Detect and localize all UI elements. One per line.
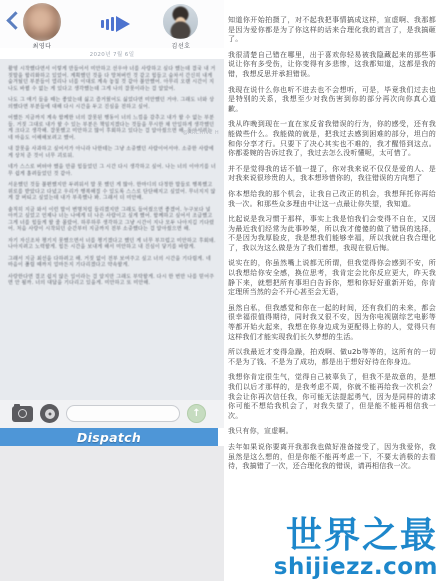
article-image: 최영다 김선호 2020년 7월 6일 촬영 시작했다면서 이렇게 만들어서 미…	[0, 0, 440, 581]
chat-message-body: 촬영 시작했다면서 이렇게 만들어서 미안하고 선우야 너를 사랑하고 싶다 했…	[0, 59, 224, 400]
paragraph: 我从昨晚到现在一直在家反省我错误的行为，你的感受，还有我能做些什么。我能做的就是…	[228, 120, 436, 158]
emoji-icon[interactable]	[40, 404, 59, 423]
archive-watermark: @ARCHIVE H	[183, 130, 219, 136]
recipient-name: 김선호	[150, 41, 212, 50]
paragraph: 我现在说什么你也听不进去也不会想听，可是，毕竟我们过去也是特别的关系，我想至少对…	[228, 86, 436, 115]
portrait-image	[163, 4, 198, 39]
arrow-right-icon	[101, 16, 130, 32]
paragraph: 서운했던 것들 불편했지만 두려워서 말 못 했던 게 많아. 한마디의 다정한…	[8, 182, 216, 202]
paragraph: 내 잘못을 사과하고 싶어서가 아니라 나한테는 그냥 소중했던 사람이어서야.…	[8, 146, 216, 159]
sender-name: 최영다	[12, 41, 72, 50]
paragraph: 去年如果说你要离开我那我也做好准备接受了，因为我爱你，我虽然是这么想的，但是你能…	[228, 443, 436, 472]
paragraph: 并不是觉得我的话不值一提了，你对我来说不仅仅是爱的人、是对我来说很珍贵的人，我本…	[228, 165, 436, 184]
chat-date: 2020년 7월 6일	[0, 50, 224, 58]
avatar-recipient[interactable]	[163, 4, 198, 39]
paragraph: 我很清楚自己错在哪里，出于喜欢你轻易被我隐藏起来的那些事说让你有多受伤，让你变得…	[228, 51, 436, 80]
chat-screenshot-pane: 최영다 김선호 2020년 7월 6일 촬영 시작했다면서 이렇게 만들어서 미…	[0, 0, 224, 581]
paragraph: 你本想给我的那个机会，让我自己改正的机会，我想拜托你再给我一次。和那些众多理由中…	[228, 190, 436, 209]
paragraph: 사랑한다면 결코 쉽지 않은 일이라는 걸 알지만 그래도 부탁할게. 다시 한…	[8, 274, 216, 287]
paragraph: 자기 자신조차 챙기지 못했으면서 너를 챙기겠다고 했던 게 너무 부끄럽고 …	[8, 238, 216, 251]
translation-text-pane: 知道你开始拍摄了，对不起我把事情搞成这样，宣虚啊、我那都是因为爱你都是为了你这样…	[228, 0, 436, 581]
dispatch-banner: Dispatch	[0, 428, 218, 446]
message-input[interactable]	[66, 405, 180, 422]
camera-icon[interactable]	[12, 406, 33, 422]
paragraph: 虽然自私，但我感觉和你在一起的时间，还有我们的未来，都会很幸福很值得期待，同时我…	[228, 304, 436, 342]
paragraph: 솔직히 지금 와서 이런 말이 변명처럼 들리겠지만 그래도 들어줬으면 좋겠어…	[8, 207, 216, 233]
paragraph: 촬영 시작했다면서 이렇게 만들어서 미안하고 선우야 너를 사랑하고 싶다 했…	[8, 66, 216, 92]
back-chevron-icon[interactable]	[6, 11, 24, 29]
bottom-gray-area	[0, 446, 224, 581]
paragraph: 说实在的，你虽然嘴上说都无所谓，但我觉得你会感到不安，所以我想给你安全感，换位思…	[228, 259, 436, 297]
paragraph: 比起说是我习惯于那样，事实上我是怕我们会变得不自在，又因为最近我们经常为此事吵架…	[228, 215, 436, 253]
paragraph: 我只有你，宣虚啊。	[228, 427, 436, 437]
paragraph: 知道你开始拍摄了，对不起我把事情搞成这样，宣虚啊、我那都是因为爱你都是为了你这样…	[228, 16, 436, 45]
paragraph: 네가 스스로 버텨야 했을 만큼 힘들었던 그 시간 다시 생각하고 싶어. 나…	[8, 164, 216, 177]
dispatch-logo: Dispatch	[77, 430, 141, 445]
chat-header: 최영다 김선호	[0, 0, 224, 48]
blurred-face-image	[23, 3, 61, 41]
paragraph: 그래서 지금 최선을 다하려고 해. 거짓 없이 전부 보여주고 싶고 너의 시…	[8, 256, 216, 269]
chat-toolbar: ↑	[0, 400, 224, 428]
avatar-sender[interactable]	[23, 3, 61, 41]
paragraph: 어쨌든 지금까지 계속 함께한 너의 잘못된 행동이 너의 느낌을 감추고 내가…	[8, 115, 216, 141]
paragraph: 所以我最近才变得急躁，拍戏啊、做u2b等等的，这所有的一切不是为了钱、不是为了成…	[228, 348, 436, 367]
paragraph: 我想你肯定很生气，觉得自己被辜负了，但我不是故意的，是想我们以后才那样的，是我考…	[228, 373, 436, 421]
send-button[interactable]: ↑	[187, 404, 206, 423]
paragraph: 나도 그 얘기 들을 때는 좋았는데 싫고 즐거웠어도 싫었다면 미안했던 거야…	[8, 97, 216, 110]
